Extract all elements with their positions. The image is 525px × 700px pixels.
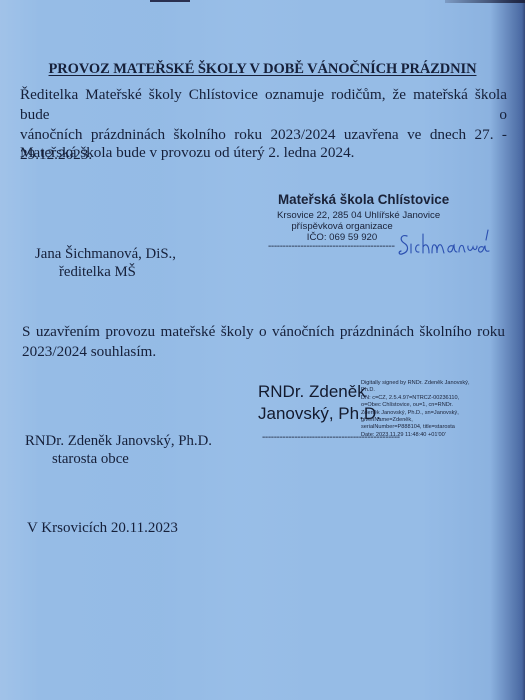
mayor-name: RNDr. Zdeněk Janovský, Ph.D.	[25, 433, 212, 449]
digital-signature-detail: o=Obec Chlístovice, ou=1, cn=RNDr.	[361, 402, 486, 409]
digital-signature-details: Digitally signed by RNDr. Zdeněk Janovsk…	[361, 380, 486, 439]
reopening-paragraph: Mateřská škola bude v provozu od úterý 2…	[20, 143, 507, 163]
director-signature-line: ----------------------------------------…	[268, 241, 395, 252]
digital-signature-detail: Zdeněk Janovský, Ph.D., sn=Janovský,	[361, 410, 486, 417]
digital-signature-detail: Digitally signed by RNDr. Zdeněk Janovsk…	[361, 380, 486, 387]
place-and-date: V Krsovicích 20.11.2023	[27, 520, 178, 537]
consent-line-2: 2023/2024 souhlasím.	[22, 343, 156, 360]
mayor-signature-line: ----------------------------------------…	[262, 432, 405, 443]
mayor-role: starosta obce	[25, 450, 212, 468]
director-signatory: Jana Šichmanová, DiS., ředitelka MŠ	[35, 245, 176, 281]
director-name: Jana Šichmanová, DiS.,	[35, 246, 176, 262]
document-title: PROVOZ MATEŘSKÉ ŠKOLY V DOBĚ VÁNOČNÍCH P…	[0, 61, 525, 78]
digital-signature-detail: DN: c=CZ, 2.5.4.97=NTRCZ-00236110,	[361, 395, 486, 402]
digital-signature-detail: givenName=Zdeněk,	[361, 417, 486, 424]
handwritten-signature-icon: Šichmanová	[395, 224, 495, 260]
digital-signature-detail: Ph.D.	[361, 387, 486, 394]
photo-edge-shadow	[445, 0, 525, 3]
consent-line-1: S uzavřením provozu mateřské školy o ván…	[22, 322, 505, 342]
stamp-school-name: Mateřská škola Chlístovice	[262, 192, 422, 207]
mayor-signatory: RNDr. Zdeněk Janovský, Ph.D. starosta ob…	[25, 432, 212, 468]
document-page: PROVOZ MATEŘSKÉ ŠKOLY V DOBĚ VÁNOČNÍCH P…	[0, 0, 525, 700]
photo-edge-shadow	[150, 0, 190, 2]
digital-signature-detail: serialNumber=P888104, title=starosta	[361, 424, 486, 431]
stamp-address: Krsovice 22, 285 04 Uhlířské Janovice	[262, 210, 422, 221]
consent-paragraph: S uzavřením provozu mateřské školy o ván…	[22, 322, 505, 362]
announcement-line-1: Ředitelka Mateřské školy Chlístovice ozn…	[20, 85, 507, 125]
director-role: ředitelka MŠ	[35, 263, 176, 281]
